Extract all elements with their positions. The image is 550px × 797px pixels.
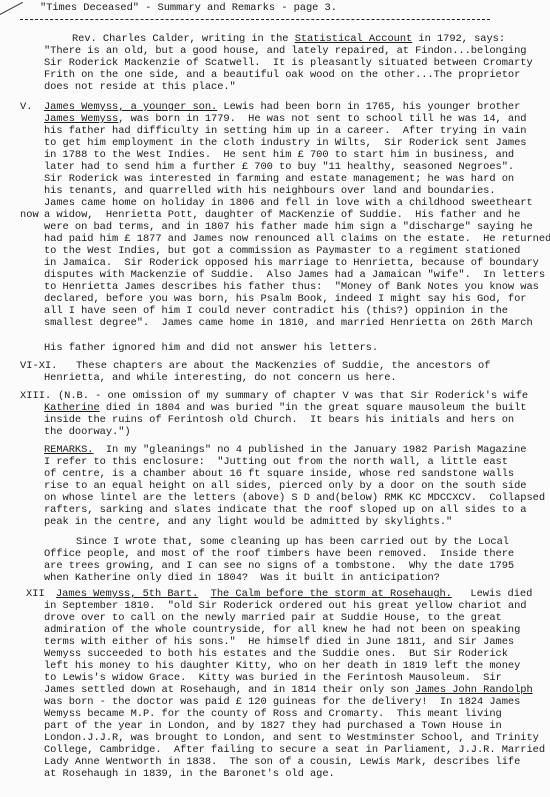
margin-word-now: now	[20, 210, 39, 221]
statistical-account-title: Statistical Account	[295, 33, 413, 45]
xii-lines-line: drove over to call on the newly married …	[44, 613, 502, 624]
title-divider	[20, 19, 490, 20]
page-title: "Times Deceased" - Summary and Remarks -…	[40, 3, 337, 14]
section-xiii-line-3: inside the ruins of Ferintosh old Church…	[44, 415, 514, 426]
v-lines-line: in Jamaica. Sir Roderick opposed his mar…	[44, 258, 539, 269]
xii-lines-line: admiration of the whole countryside, for…	[44, 625, 520, 636]
v-lines-line: to get him employment in the cloth indus…	[44, 138, 526, 149]
section-v-heading: James Wemyss, a younger son.	[44, 101, 217, 113]
xii-lines-line: terms with either of his sons." He himse…	[44, 637, 514, 648]
section-vi-xi-line-1: These chapters are about the MacKenzies …	[76, 361, 490, 372]
v-lines-line: his tenants, and quarrelled with his nei…	[44, 186, 496, 197]
section-v-line-1: James Wemyss, a younger son. Lewis had b…	[44, 102, 520, 113]
intro-line-2: "There is an old, but a good house, and …	[44, 46, 526, 57]
section-xii-label: XII	[26, 589, 45, 600]
v-lines-line: to Henrietta James describes his father …	[44, 282, 539, 293]
v-lines-line: to the West Indies, but got a commission…	[44, 246, 520, 257]
section-xii-name-line: James settled down at Rosehaugh, and in …	[44, 685, 533, 696]
remarks-para2-line: Office people, and most of the roof timb…	[44, 549, 514, 560]
section-v-closing: His father ignored him and did not answe…	[44, 343, 378, 354]
section-v-line-2: James Wemyss, was born in 1779. He was n…	[44, 114, 526, 125]
remarks-line-1: REMARKS. In my "gleanings" no 4 publishe…	[44, 445, 526, 456]
v-lines-line: later had to send him a further £ 700 to…	[44, 162, 514, 173]
section-xii-heading-2: The Calm before the storm at Rosehaugh.	[211, 588, 452, 600]
katherine-name: Katherine	[44, 402, 100, 414]
document-page: "Times Deceased" - Summary and Remarks -…	[0, 0, 550, 797]
v-lines-line: declared, before you was born, his Psalm…	[44, 294, 526, 305]
section-xiii-line-2: Katherine died in 1804 and was buried "i…	[44, 403, 526, 414]
remarks-para2-line: Since I wrote that, some cleaning up has…	[76, 537, 509, 548]
remarks-label: REMARKS.	[44, 444, 93, 456]
v-lines-line: his father had difficulty in setting him…	[44, 126, 526, 137]
xii-lines2-line: College, Cambridge. After failing to sec…	[44, 745, 545, 756]
xii-lines-line: Wemyss succeeded to both his estates and…	[44, 649, 508, 660]
section-xii-line-1: James Wemyss, 5th Bart. The Calm before …	[56, 589, 532, 600]
xii-lines2-line: Lady Anne Wentworth in 1838. The son of …	[44, 757, 520, 768]
v-lines-line: had paid him £ 1877 and James now renoun…	[44, 234, 550, 245]
xii-lines-line: left his money to his daughter Kitty, wh…	[44, 661, 520, 672]
remarks-para2-line: when Katherine only died in 1804? Was it…	[44, 573, 440, 584]
remarks-lines-line: of centre, is a chamber about 16 ft squa…	[44, 469, 514, 480]
v-lines-line: all I have seen of him I could never con…	[44, 306, 508, 317]
xii-lines2-line: was born - the doctor was paid £ 120 gui…	[44, 697, 520, 708]
section-vi-xi-label: VI-XI.	[20, 361, 57, 372]
section-xiii-line-4: the doorway.")	[44, 427, 131, 438]
v-lines-line: smallest degree". James came home in 181…	[44, 318, 533, 329]
section-xiii-label: XIII.	[20, 391, 51, 402]
xii-lines2-line: London.J.J.R, was brought to London, and…	[44, 733, 539, 744]
intro-line-5: does not reside at this place."	[44, 82, 236, 93]
remarks-lines-line: I refer to this enclosure: "Jutting out …	[44, 457, 508, 468]
intro-line-4: Frith on the one side, and a beautiful o…	[44, 70, 520, 81]
remarks-para2-line: are trees growing, and I can see no sign…	[44, 561, 514, 572]
remarks-lines-line: rise to an equal height on all sides, pi…	[44, 481, 526, 492]
xii-lines2-line: at Rosehaugh in 1839, in the Baronet's o…	[44, 769, 335, 780]
pen-mark	[0, 2, 23, 17]
v-lines-line: disputes with Mackenzie of Suddie. Also …	[44, 270, 545, 281]
section-v-label: V.	[20, 102, 32, 113]
remarks-lines-line: peak in the centre, and any light would …	[44, 517, 452, 528]
xii-lines-line: in September 1810. "old Sir Roderick ord…	[44, 601, 526, 612]
section-vi-xi-line-2: Henrietta, and while interesting, do not…	[44, 373, 397, 384]
v-lines-line: a widow, Henrietta Pott, daughter of Mac…	[44, 210, 520, 221]
intro-line-1: Rev. Charles Calder, writing in the Stat…	[72, 34, 505, 45]
v-lines-line: in 1788 to the West Indies. He sent him …	[44, 150, 514, 161]
remarks-lines-line: on whose lintel are the letters (above) …	[44, 493, 545, 504]
v-lines-line: Sir Roderick was interested in farming a…	[44, 174, 514, 185]
v-lines-line: James came home on holiday in 1806 and f…	[44, 198, 533, 209]
xii-lines2-line: Wemyss became M.P. for the county of Ros…	[44, 709, 502, 720]
james-john-randolph-name: James John Randolph	[415, 684, 533, 696]
section-xiii-line-1: (N.B. - one omission of my summary of ch…	[58, 391, 528, 402]
xii-lines-line: to Lewis's widow Grace. Kitty was buried…	[44, 673, 502, 684]
v-lines-line: were on bad terms, and in 1807 his fathe…	[44, 222, 533, 233]
xii-lines2-line: part of the year in London, and by 1827 …	[44, 721, 502, 732]
remarks-lines-line: rafters, sarking and slates indicate tha…	[44, 505, 526, 516]
section-xii-heading-1: James Wemyss, 5th Bart.	[56, 588, 198, 600]
intro-line-3: Sir Roderick Mackenzie of Scatwell. It i…	[44, 58, 533, 69]
